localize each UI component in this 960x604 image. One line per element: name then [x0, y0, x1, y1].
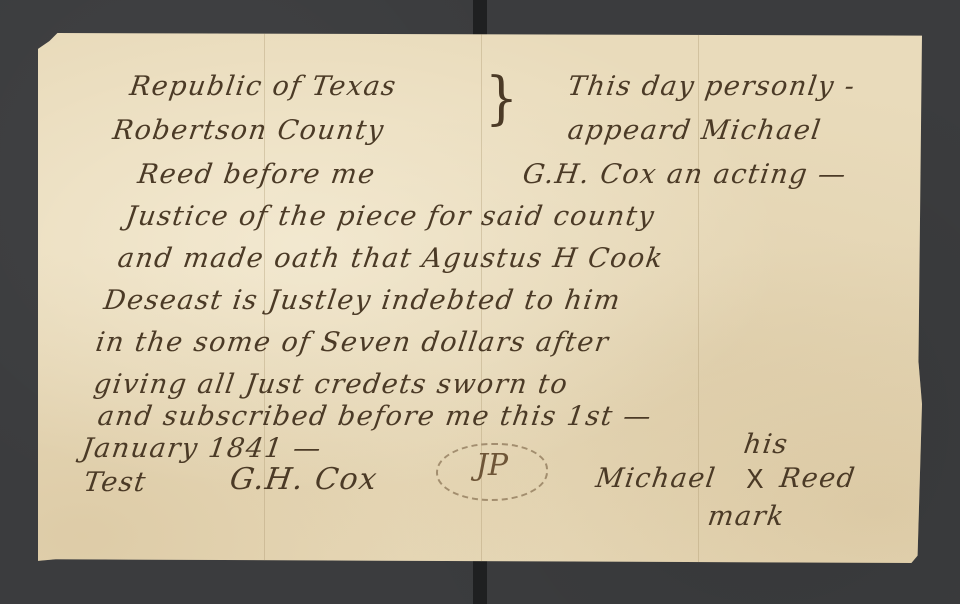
heading-brace: } — [485, 70, 518, 127]
heading-republic: Republic of Texas — [128, 73, 398, 100]
test-label: Test — [82, 469, 148, 496]
signature-mark-x: X — [746, 467, 764, 493]
heading-county: Robertson County — [111, 117, 386, 144]
body-line-1: This day personly - — [566, 73, 857, 100]
signature-first-name: Michael — [594, 465, 718, 492]
body-line-2: appeard Michael — [566, 117, 823, 144]
body-line-4: Justice of the piece for said county — [124, 203, 657, 230]
justice-signature: G.H. Cox — [228, 465, 380, 495]
body-line-6: Deseast is Justley indebted to him — [102, 287, 623, 314]
signature-last-name: Reed — [778, 465, 857, 492]
seal-initials: JP — [438, 451, 546, 481]
justice-seal: JP — [436, 443, 548, 501]
body-line-7: in the some of Seven dollars after — [94, 329, 611, 356]
body-line-5: and made oath that Agustus H Cook — [116, 245, 666, 272]
date-line: January 1841 — — [80, 435, 324, 462]
signature-mark-label: mark — [706, 503, 787, 530]
body-line-3b: G.H. Cox an acting — — [521, 161, 848, 188]
body-line-9: and subscribed before me this 1st — — [96, 403, 654, 430]
body-line-3a: Reed before me — [136, 161, 378, 188]
document-paper: Republic of Texas Robertson County } Thi… — [38, 33, 922, 563]
signature-his: his — [742, 431, 790, 458]
body-line-8: giving all Just credets sworn to — [92, 371, 570, 398]
